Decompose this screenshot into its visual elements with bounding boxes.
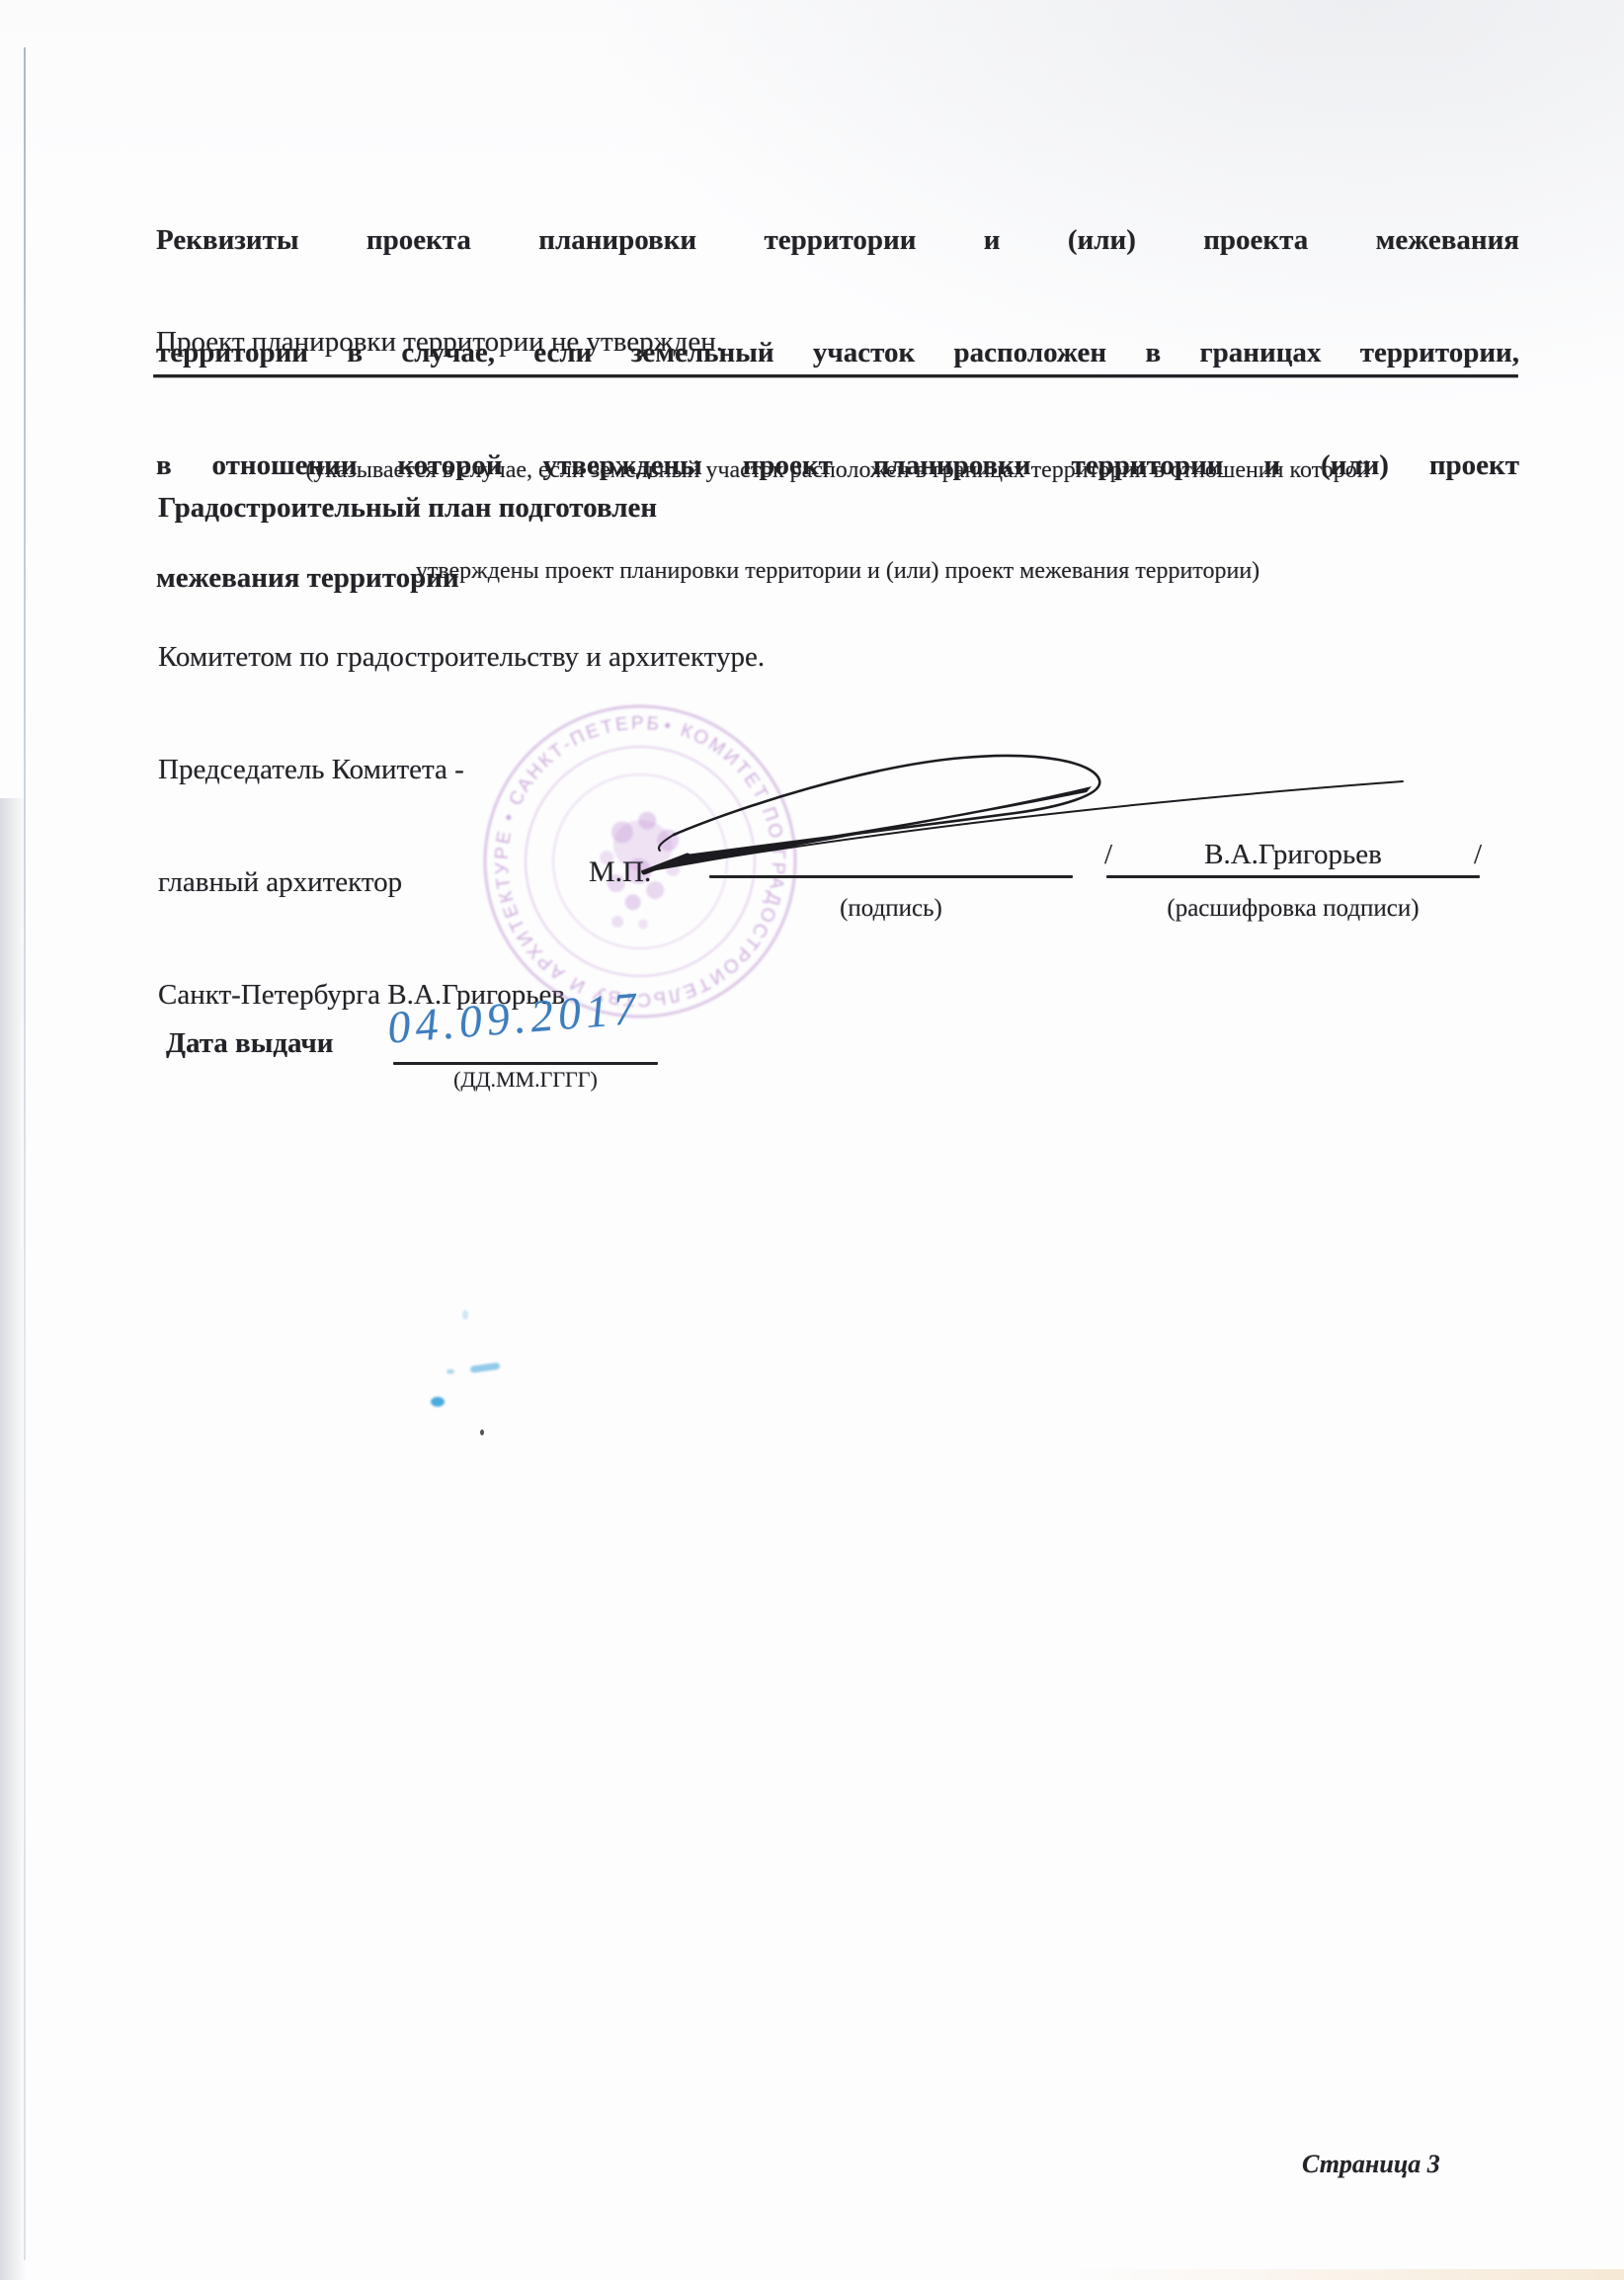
signature-name-caption: (расшифровка подписи) bbox=[1106, 895, 1480, 923]
scan-artifact-bottom-strip bbox=[1067, 2269, 1624, 2280]
ink-smudge bbox=[431, 1397, 445, 1407]
statement-rule bbox=[153, 374, 1518, 377]
ink-smudge bbox=[462, 1310, 468, 1320]
issue-date-format-hint: (ДД.ММ.ГГГГ) bbox=[393, 1067, 658, 1093]
scan-shading-left-edge bbox=[0, 798, 26, 2280]
signature-caption: (подпись) bbox=[709, 895, 1073, 923]
prepared-by-line: Комитетом по градостроительству и архите… bbox=[158, 638, 1146, 676]
scanned-document-page: Реквизиты проекта планировки территории … bbox=[0, 0, 1624, 2280]
statement-text: Проект планировки территории не утвержде… bbox=[156, 326, 1519, 359]
prepared-heading: Градостроительный план подготовлен bbox=[158, 492, 1146, 525]
section-heading-line: Реквизиты проекта планировки территории … bbox=[156, 221, 1519, 259]
ink-smudge bbox=[470, 1362, 501, 1373]
scan-edge-line bbox=[24, 47, 26, 2260]
signature-name-line bbox=[1106, 875, 1480, 878]
page-number: Страница 3 bbox=[1302, 2150, 1519, 2179]
seal-place-abbr: М.П. bbox=[589, 855, 651, 889]
ink-speck bbox=[480, 1429, 484, 1435]
issue-date-label: Дата выдачи bbox=[166, 1027, 333, 1060]
signature-name-row: / В.А.Григорьев / bbox=[1104, 839, 1482, 871]
signature-name: В.А.Григорьев bbox=[1204, 839, 1382, 871]
issue-date-underline bbox=[393, 1062, 658, 1065]
statement-caption-line: (указывается в случае, если земельный уч… bbox=[156, 453, 1519, 487]
signature-line bbox=[709, 875, 1073, 878]
slash-left: / bbox=[1104, 839, 1112, 871]
ink-smudge bbox=[447, 1369, 454, 1374]
slash-right: / bbox=[1474, 839, 1482, 871]
